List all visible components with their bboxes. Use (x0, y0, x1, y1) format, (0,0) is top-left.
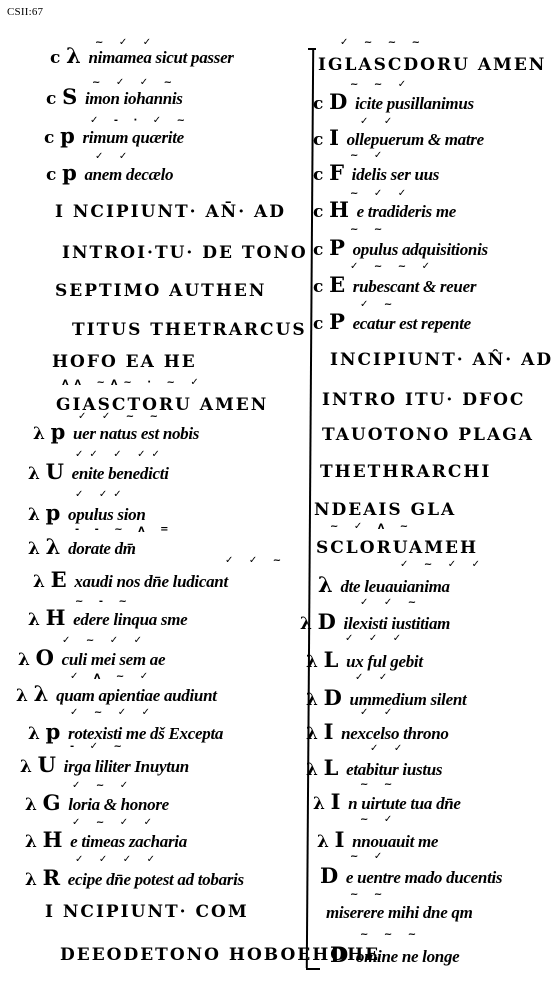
chant-incipit-line: λRecipe dn̄e potest ad tobaris (25, 868, 244, 890)
chant-incipit-line: cFidelis ser uus (313, 163, 439, 185)
initial-letter: p (46, 722, 60, 742)
neume-marks: ✓ ✓✓ (75, 490, 128, 500)
incipit-text: loria & honore (68, 795, 169, 814)
initial-letter: L (324, 650, 338, 670)
chant-incipit-line: Domine ne longe (330, 945, 459, 967)
incipit-text: e uentre mado ducentis (346, 868, 502, 887)
incipit-text: etabitur iustus (346, 760, 442, 779)
incipit-text: n uirtute tua dn̄e (348, 794, 461, 813)
initial-letter: D (320, 866, 338, 886)
neume-marks: ~ ~ ✓ (350, 80, 412, 90)
initial-letter: L (324, 758, 338, 778)
initial-letter: R (43, 868, 60, 888)
genre-mark: λ (306, 690, 318, 710)
neume-marks: ✓ ~ ~ ✓ (350, 262, 436, 272)
genre-mark: c (313, 130, 323, 150)
rubric-heading: INTRO ITU· DFOC (322, 390, 525, 410)
initial-letter: λ (46, 537, 60, 557)
incipit-text: culi mei sem ae (62, 650, 166, 669)
genre-mark: λ (306, 652, 318, 672)
genre-mark: λ (306, 724, 318, 744)
neume-marks: ✓ ✓ ✓ ✓ (75, 855, 161, 865)
neume-marks: ✓ ~ ✓ ✓ (400, 560, 486, 570)
genre-mark: c (313, 202, 323, 222)
chant-incipit-line: cPopulus adquisitionis (313, 238, 488, 260)
chant-incipit-line: λUirga liliter Inuytun (20, 755, 189, 777)
rubric-heading: TITUS THETRARCUS (72, 320, 307, 340)
genre-mark: c (44, 128, 54, 148)
chant-incipit-line: cDicite pusillanimus (313, 92, 474, 114)
chant-incipit-line: λLux ful gebit (306, 650, 423, 672)
incipit-text: enite benedicti (72, 464, 169, 483)
incipit-text: dte leuauianima (340, 577, 449, 596)
initial-letter: S (62, 87, 77, 107)
incipit-text: ecipe dn̄e potest ad tobaris (68, 870, 244, 889)
genre-mark: λ (16, 686, 28, 706)
incipit-text: nimamea sicut passer (89, 48, 234, 67)
genre-mark: c (313, 277, 323, 297)
incipit-text: nnouauit me (352, 832, 438, 851)
incipit-text: ollepuerum & matre (347, 130, 484, 149)
genre-mark: c (313, 314, 323, 334)
chant-incipit-line: cPecatur est repente (313, 312, 471, 334)
incipit-text: ecatur est repente (353, 314, 471, 333)
genre-mark: λ (306, 760, 318, 780)
initial-letter: p (46, 503, 60, 523)
initial-letter: P (329, 238, 345, 258)
initial-letter: P (329, 312, 345, 332)
rubric-heading: TAUOTONO PLAGA (322, 425, 534, 445)
initial-letter: G (43, 793, 61, 813)
incipit-text: xaudi nos dn̄e ludicant (74, 572, 228, 591)
chant-incipit-line: λLetabitur iustus (306, 758, 442, 780)
neume-marks: ✓ ✓ ✓ (345, 634, 407, 644)
incipit-text: rimum quærite (82, 128, 183, 147)
incipit-text: ilexisti iustitiam (344, 614, 451, 633)
neume-marks: ✓ ✓ (95, 152, 133, 162)
chant-incipit-line: cpanem decælo (46, 163, 173, 185)
genre-mark: λ (313, 794, 325, 814)
neume-marks: ~ ~ (350, 225, 388, 235)
initial-letter: I (335, 830, 345, 850)
neume-marks: ✓ - · ✓ ~ (90, 116, 191, 126)
neume-marks: ✓✓ ✓ ✓✓ (75, 450, 166, 460)
initial-letter: p (60, 126, 74, 146)
genre-mark: λ (25, 832, 37, 852)
neume-marks: ✓ ~ ✓ ✓ (70, 708, 156, 718)
incipit-text: opulus adquisitionis (353, 240, 488, 259)
chant-incipit-line: λIn uirtute tua dn̄e (313, 792, 461, 814)
initial-letter: λ (66, 46, 80, 66)
rubric-heading: I NCIPIUNT· AN̄· AD (55, 202, 286, 222)
genre-mark: λ (28, 724, 40, 744)
rubric-heading: INCIPIUNT· AN̂· AD (330, 350, 552, 370)
chant-incipit-line: cIollepuerum & matre (313, 128, 484, 150)
chant-incipit-line: λpopulus sion (28, 503, 146, 525)
initial-letter: I (329, 128, 339, 148)
page-label: CSII:67 (7, 6, 43, 18)
genre-mark: λ (300, 614, 312, 634)
genre-mark: λ (20, 757, 32, 777)
initial-letter: p (51, 422, 65, 442)
chant-incipit-line: cprimum quærite (44, 126, 184, 148)
chant-incipit-line: λpuer natus est nobis (33, 422, 199, 444)
genre-mark: λ (33, 424, 45, 444)
chant-incipit-line: λInexcelso throno (306, 722, 449, 744)
genre-mark: λ (28, 610, 40, 630)
chant-incipit-line: λHedere linqua sme (28, 608, 187, 630)
initial-letter: E (51, 570, 67, 590)
genre-mark: λ (25, 795, 37, 815)
initial-letter: D (330, 945, 348, 965)
initial-letter: λ (318, 575, 332, 595)
initial-letter: E (329, 275, 345, 295)
incipit-text: rubescant & reuer (353, 277, 476, 296)
neume-marks: ✓ ~ ✓ ✓ (62, 636, 148, 646)
rubric-heading: THETHRARCHI (320, 462, 491, 482)
initial-letter: λ (34, 684, 48, 704)
chant-incipit-line: cλnimamea sicut passer (50, 46, 234, 68)
incipit-text: dorate dm̄ (68, 539, 136, 558)
neume-marks: - ✓ ~ (70, 742, 128, 752)
genre-mark: c (313, 165, 323, 185)
column-divider (306, 48, 314, 968)
incipit-text: e timeas zacharia (70, 832, 187, 851)
incipit-text: irga liliter Inuytun (64, 757, 189, 776)
genre-mark: c (46, 89, 56, 109)
incipit-text: imon iohannis (85, 89, 183, 108)
initial-letter: D (318, 612, 336, 632)
genre-mark: c (313, 240, 323, 260)
genre-mark: λ (317, 832, 329, 852)
rubric-heading: HOFO EA HE (52, 352, 197, 372)
initial-letter: I (331, 792, 341, 812)
neume-marks: ~ ~ (360, 780, 398, 790)
neume-marks: ~ ✓ ʌ ~ (330, 522, 414, 532)
genre-mark: λ (25, 870, 37, 890)
incipit-text: edere linqua sme (73, 610, 187, 629)
neume-marks: ✓ ʌ ~ ✓ (70, 672, 154, 682)
neume-marks: ~ ✓ ✓ (350, 189, 412, 199)
incipit-text: uer natus est nobis (73, 424, 199, 443)
rubric-heading: IGLASCDORU AMEN (318, 55, 546, 75)
neume-marks: ~ ✓ (350, 852, 388, 862)
genre-mark: c (50, 48, 60, 68)
genre-mark: λ (28, 505, 40, 525)
neume-marks: ✓ ✓ (370, 744, 408, 754)
incipit-text: nexcelso throno (341, 724, 448, 743)
neume-marks: ✓ ~ (360, 300, 398, 310)
initial-letter: I (324, 722, 334, 742)
chant-incipit-line: λλdorate dm̄ (28, 537, 136, 559)
neume-marks: ✓ ✓ ~ (225, 556, 287, 566)
chant-incipit-line: λInnouauit me (317, 830, 438, 852)
neume-marks: ~ ✓ (360, 815, 398, 825)
chant-incipit-line: λdte leuauianima (318, 575, 450, 597)
rubric-heading: SEPTIMO AUTHEN (55, 281, 266, 301)
neume-marks: ✓ ✓ ~ ~ (78, 412, 164, 422)
genre-mark: λ (33, 572, 45, 592)
incipit-text: e tradideris me (357, 202, 456, 221)
chant-incipit-line: λUenite benedicti (28, 462, 169, 484)
genre-mark: c (313, 94, 323, 114)
column-divider-top (308, 48, 316, 50)
neume-marks: ʌʌ ~ʌ~ · ~ ✓ (62, 378, 205, 388)
column-divider-foot (306, 968, 320, 970)
rubric-heading: I NCIPIUNT· COM (45, 902, 249, 922)
incipit-text: opulus sion (68, 505, 146, 524)
neume-marks: ~ ~ (350, 890, 388, 900)
initial-letter: H (46, 608, 66, 628)
neume-marks: ✓ ~ ✓ ✓ (72, 818, 158, 828)
genre-mark: λ (28, 539, 40, 559)
rubric-heading: INTROI·TU· DE TONO (62, 243, 308, 263)
rubric-heading: SCLORUAMEH (316, 538, 478, 558)
initial-letter: p (62, 163, 76, 183)
initial-letter: D (324, 688, 342, 708)
neume-marks: ✓ ~ ✓ (72, 781, 134, 791)
chant-incipit-line: λλquam apientiae audiunt (16, 684, 217, 706)
chant-incipit-line: λExaudi nos dn̄e ludicant (33, 570, 228, 592)
chant-incipit-line: λOculi mei sem ae (18, 648, 165, 670)
initial-letter: O (36, 648, 54, 668)
genre-mark: λ (18, 650, 30, 670)
incipit-text: ux ful gebit (346, 652, 423, 671)
initial-letter: U (38, 755, 56, 775)
incipit-text: icite pusillanimus (355, 94, 474, 113)
neume-marks: ~ ✓ (350, 151, 388, 161)
neume-marks: - - ~ ʌ = (75, 525, 175, 535)
neume-marks: ~ ~ ~ (360, 930, 422, 940)
neume-marks: ~ - ~ (75, 597, 133, 607)
initial-letter: U (46, 462, 64, 482)
initial-letter: H (43, 830, 63, 850)
initial-letter: H (329, 200, 349, 220)
incipit-text: anem decælo (84, 165, 173, 184)
neume-marks: ✓ ✓ ~ (360, 598, 422, 608)
initial-letter: F (329, 163, 344, 183)
incipit-text: idelis ser uus (352, 165, 439, 184)
chant-incipit-line: λGloria & honore (25, 793, 169, 815)
chant-incipit-line: De uentre mado ducentis (320, 866, 502, 888)
neume-marks: ✓ ~ ~ ~ (340, 38, 426, 48)
incipit-text: miserere mihi dne qm (326, 903, 473, 922)
chant-incipit-line: cErubescant & reuer (313, 275, 476, 297)
chant-incipit-line: cHe tradideris me (313, 200, 456, 222)
rubric-heading: NDEAIS GLA (314, 500, 456, 520)
chant-incipit-line: λHe timeas zacharia (25, 830, 187, 852)
neume-marks: ✓ ✓ (360, 117, 398, 127)
genre-mark: c (46, 165, 56, 185)
incipit-text: quam apientiae audiunt (56, 686, 217, 705)
incipit-text: omine ne longe (356, 947, 459, 966)
chant-incipit-line: miserere mihi dne qm (326, 903, 473, 923)
neume-marks: ✓ ✓ (355, 673, 393, 683)
initial-letter: D (329, 92, 347, 112)
neume-marks: ✓ ✓ (360, 708, 398, 718)
chant-incipit-line: cSimon iohannis (46, 87, 183, 109)
chant-incipit-line: λDilexisti iustitiam (300, 612, 450, 634)
genre-mark: λ (28, 464, 40, 484)
